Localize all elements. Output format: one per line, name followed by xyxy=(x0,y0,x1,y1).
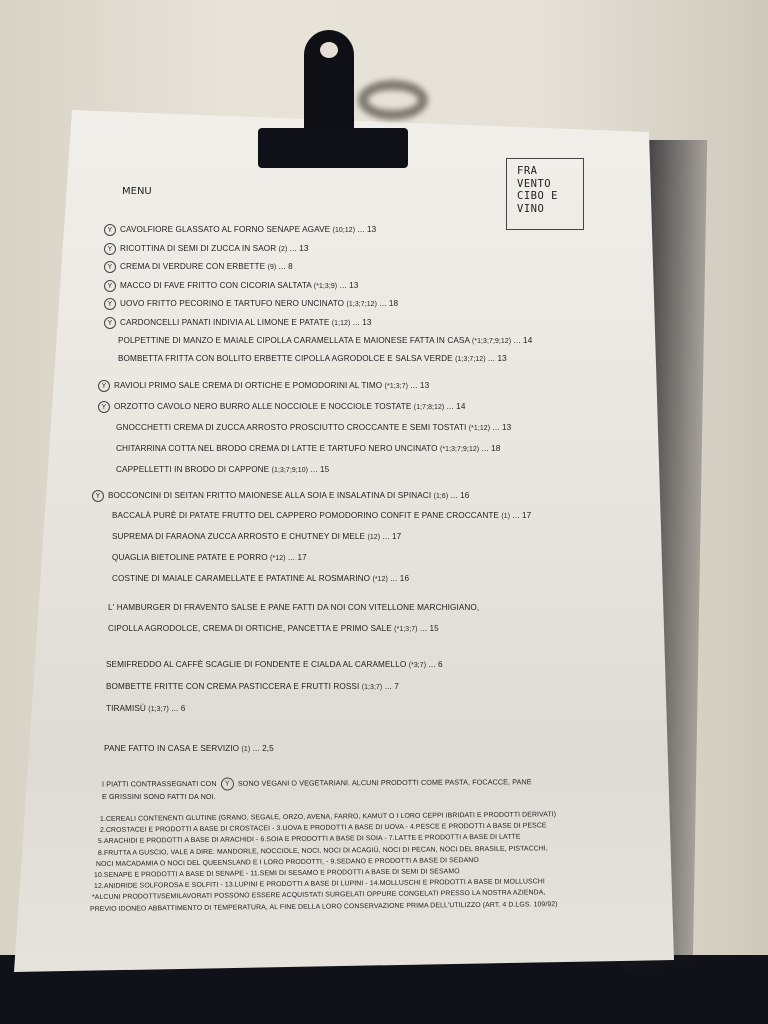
logo-line: VINO xyxy=(517,203,583,216)
allergen-codes: (12) xyxy=(367,534,380,541)
menu-item-price: ... 2,5 xyxy=(250,744,274,753)
allergen-codes: (10;12) xyxy=(333,227,356,234)
menu-item: QUAGLIA BIETOLINE PATATE E PORRO (*12) .… xyxy=(112,553,307,562)
menu-item-text: CARDONCELLI PANATI INDIVIA AL LIMONE E P… xyxy=(120,318,332,327)
vegan-symbol-icon: Y xyxy=(92,490,104,502)
menu-item-price: ... 13 xyxy=(337,281,358,290)
allergen-codes: (*1;3;7;9;12) xyxy=(440,446,479,453)
menu-item-text: SEMIFREDDO AL CAFFÈ SCAGLIE DI FONDENTE … xyxy=(106,660,409,669)
menu-item-price: ... 6 xyxy=(426,660,443,669)
menu-item: YRAVIOLI PRIMO SALE CREMA DI ORTICHE E P… xyxy=(98,380,429,392)
allergen-codes: (*1;3;7) xyxy=(385,383,408,390)
restaurant-logo: FRA VENTO CIBO E VINO xyxy=(506,158,584,230)
vegan-symbol-icon: Y xyxy=(104,298,116,310)
menu-item: CHITARRINA COTTA NEL BRODO CREMA DI LATT… xyxy=(116,444,500,453)
vegan-symbol-icon: Y xyxy=(98,380,110,392)
menu-item-text: BOMBETTE FRITTE CON CREMA PASTICCERA E F… xyxy=(106,682,362,691)
menu-item: BACCALÀ PURÈ DI PATATE FRUTTO DEL CAPPER… xyxy=(112,511,531,520)
menu-item: YCAVOLFIORE GLASSATO AL FORNO SENAPE AGA… xyxy=(104,224,376,236)
menu-item-text: POLPETTINE DI MANZO E MAIALE CIPOLLA CAR… xyxy=(118,336,472,345)
logo-line: FRA xyxy=(517,165,583,178)
menu-item-text: BOCCONCINI DI SEITAN FRITTO MAIONESE ALL… xyxy=(108,491,434,500)
vegan-symbol-icon: Y xyxy=(104,317,116,329)
menu-item: TIRAMISÙ (1;3;7) ... 6 xyxy=(106,704,185,713)
vegan-symbol-icon: Y xyxy=(104,261,116,273)
vegan-note-before: I PIATTI CONTRASSEGNATI CON xyxy=(102,779,217,789)
menu-item-text: RICOTTINA DI SEMI DI ZUCCA IN SAOR xyxy=(120,244,279,253)
menu-item-text: UOVO FRITTO PECORINO E TARTUFO NERO UNCI… xyxy=(120,300,347,309)
allergen-codes: (1;3;7;12) xyxy=(347,302,378,309)
allergen-codes: (1) xyxy=(501,513,510,520)
menu-item: YCARDONCELLI PANATI INDIVIA AL LIMONE E … xyxy=(104,317,372,329)
menu-item-text: RAVIOLI PRIMO SALE CREMA DI ORTICHE E PO… xyxy=(114,381,385,390)
menu-item: YCREMA DI VERDURE CON ERBETTE (9) ... 8 xyxy=(104,261,293,273)
menu-item-price: ... 13 xyxy=(355,225,376,234)
menu-item: COSTINE DI MAIALE CARAMELLATE E PATATINE… xyxy=(112,574,409,583)
allergen-codes: (*12) xyxy=(270,555,285,562)
menu-item-text: BOMBETTA FRITTA CON BOLLITO ERBETTE CIPO… xyxy=(118,354,455,363)
menu-item-text: CREMA DI VERDURE CON ERBETTE xyxy=(120,262,268,271)
menu-item: BOMBETTA FRITTA CON BOLLITO ERBETTE CIPO… xyxy=(118,354,507,363)
vegan-symbol-icon: Y xyxy=(221,777,234,790)
vegan-symbol-icon: Y xyxy=(98,401,110,413)
menu-item: YBOCCONCINI DI SEITAN FRITTO MAIONESE AL… xyxy=(92,490,469,502)
menu-item-text: CAVOLFIORE GLASSATO AL FORNO SENAPE AGAV… xyxy=(120,225,333,234)
allergen-codes: (1;3;7;9;10) xyxy=(272,467,308,474)
logo-line: CIBO E xyxy=(517,190,583,203)
menu-item-text: QUAGLIA BIETOLINE PATATE E PORRO xyxy=(112,553,270,562)
menu-item-price: ... 8 xyxy=(276,262,293,271)
menu-item-price: ... 15 xyxy=(308,465,329,474)
menu-item-price: ... 17 xyxy=(510,511,531,520)
menu-item: YRICOTTINA DI SEMI DI ZUCCA IN SAOR (2) … xyxy=(104,243,309,255)
vegan-symbol-icon: Y xyxy=(104,243,116,255)
menu-item-price: ... 13 xyxy=(350,318,371,327)
vegan-note: I PIATTI CONTRASSEGNATI CON Y SONO VEGAN… xyxy=(102,776,532,791)
menu-item-price: ... 13 xyxy=(408,381,429,390)
allergen-codes: (*1;3;7;9;12) xyxy=(472,338,511,345)
menu-item-text: TIRAMISÙ xyxy=(106,704,148,713)
menu-item-text: CAPPELLETTI IN BRODO DI CAPPONE xyxy=(116,465,272,474)
menu-item-text: BACCALÀ PURÈ DI PATATE FRUTTO DEL CAPPER… xyxy=(112,511,501,520)
vegan-note-line2: E GRISSINI SONO FATTI DA NOI. xyxy=(102,792,216,801)
allergen-codes: (1) xyxy=(242,746,251,753)
menu-item-text: CHITARRINA COTTA NEL BRODO CREMA DI LATT… xyxy=(116,444,440,453)
allergen-codes: (1;3;7) xyxy=(148,706,169,713)
menu-item-text: L' HAMBURGER DI FRAVENTO SALSE E PANE FA… xyxy=(108,603,479,612)
menu-item-price: ... 14 xyxy=(444,402,465,411)
clip-hole xyxy=(320,42,338,58)
allergen-codes: (*3;7) xyxy=(409,662,426,669)
menu-item-price: ... 13 xyxy=(490,423,511,432)
menu-item-price: ... 18 xyxy=(479,444,500,453)
menu-item-text: ORZOTTO CAVOLO NERO BURRO ALLE NOCCIOLE … xyxy=(114,402,414,411)
clip-jaw xyxy=(258,128,408,168)
menu-item-line2: CIPOLLA AGRODOLCE, CREMA DI ORTICHE, PAN… xyxy=(108,624,439,633)
allergen-codes: (*12) xyxy=(372,576,387,583)
menu-item: GNOCCHETTI CREMA DI ZUCCA ARROSTO PROSCI… xyxy=(116,423,511,432)
menu-item: CAPPELLETTI IN BRODO DI CAPPONE (1;3;7;9… xyxy=(116,465,329,474)
allergen-codes: (1;7;8;12) xyxy=(414,404,445,411)
vegan-symbol-icon: Y xyxy=(104,280,116,292)
menu-item-text: COSTINE DI MAIALE CARAMELLATE E PATATINE… xyxy=(112,574,372,583)
allergen-codes: (*1;12) xyxy=(469,425,490,432)
menu-item: PANE FATTO IN CASA E SERVIZIO (1) ... 2,… xyxy=(104,744,274,753)
menu-item: POLPETTINE DI MANZO E MAIALE CIPOLLA CAR… xyxy=(118,336,532,345)
menu-item: YORZOTTO CAVOLO NERO BURRO ALLE NOCCIOLE… xyxy=(98,401,465,413)
allergen-codes: (1;12) xyxy=(332,320,351,327)
menu-item-price: ... 7 xyxy=(382,682,399,691)
menu-item-text: GNOCCHETTI CREMA DI ZUCCA ARROSTO PROSCI… xyxy=(116,423,469,432)
allergen-codes: (*1;3;7) xyxy=(394,626,417,633)
menu-item: BOMBETTE FRITTE CON CREMA PASTICCERA E F… xyxy=(106,682,399,691)
vegan-note-after: SONO VEGANI O VEGETARIANI. ALCUNI PRODOT… xyxy=(238,777,532,788)
menu-item-price: ... 16 xyxy=(448,491,469,500)
menu-item: YMACCO DI FAVE FRITTO CON CICORIA SALTAT… xyxy=(104,280,358,292)
menu-item-price: ... 16 xyxy=(388,574,409,583)
menu-item: SUPREMA DI FARAONA ZUCCA ARROSTO E CHUTN… xyxy=(112,532,401,541)
menu-item-text: MACCO DI FAVE FRITTO CON CICORIA SALTATA xyxy=(120,281,314,290)
vegan-symbol-icon: Y xyxy=(104,224,116,236)
menu-item: YUOVO FRITTO PECORINO E TARTUFO NERO UNC… xyxy=(104,298,398,310)
allergen-codes: (1;3;7) xyxy=(362,684,383,691)
menu-item-price: ... 17 xyxy=(286,553,307,562)
allergen-codes: (9) xyxy=(268,264,277,271)
menu-item-price: ... 14 xyxy=(511,336,532,345)
menu-item: L' HAMBURGER DI FRAVENTO SALSE E PANE FA… xyxy=(108,603,479,612)
menu-item-price: ... 17 xyxy=(380,532,401,541)
clip-shadow xyxy=(358,80,428,120)
menu-item-text: PANE FATTO IN CASA E SERVIZIO xyxy=(104,744,242,753)
menu-item-price: ... 18 xyxy=(377,300,398,309)
logo-line: VENTO xyxy=(517,178,583,191)
allergen-codes: (1;3;7;12) xyxy=(455,356,486,363)
menu-title: MENU xyxy=(122,186,152,197)
menu-item-price: ... 6 xyxy=(169,704,186,713)
allergen-codes: (1;6) xyxy=(434,493,449,500)
menu-item-price: ... 13 xyxy=(287,244,308,253)
allergen-codes: (*1;3;9) xyxy=(314,283,337,290)
menu-item-price: ... 13 xyxy=(486,354,507,363)
menu-item: SEMIFREDDO AL CAFFÈ SCAGLIE DI FONDENTE … xyxy=(106,660,443,669)
menu-item-text: SUPREMA DI FARAONA ZUCCA ARROSTO E CHUTN… xyxy=(112,532,367,541)
